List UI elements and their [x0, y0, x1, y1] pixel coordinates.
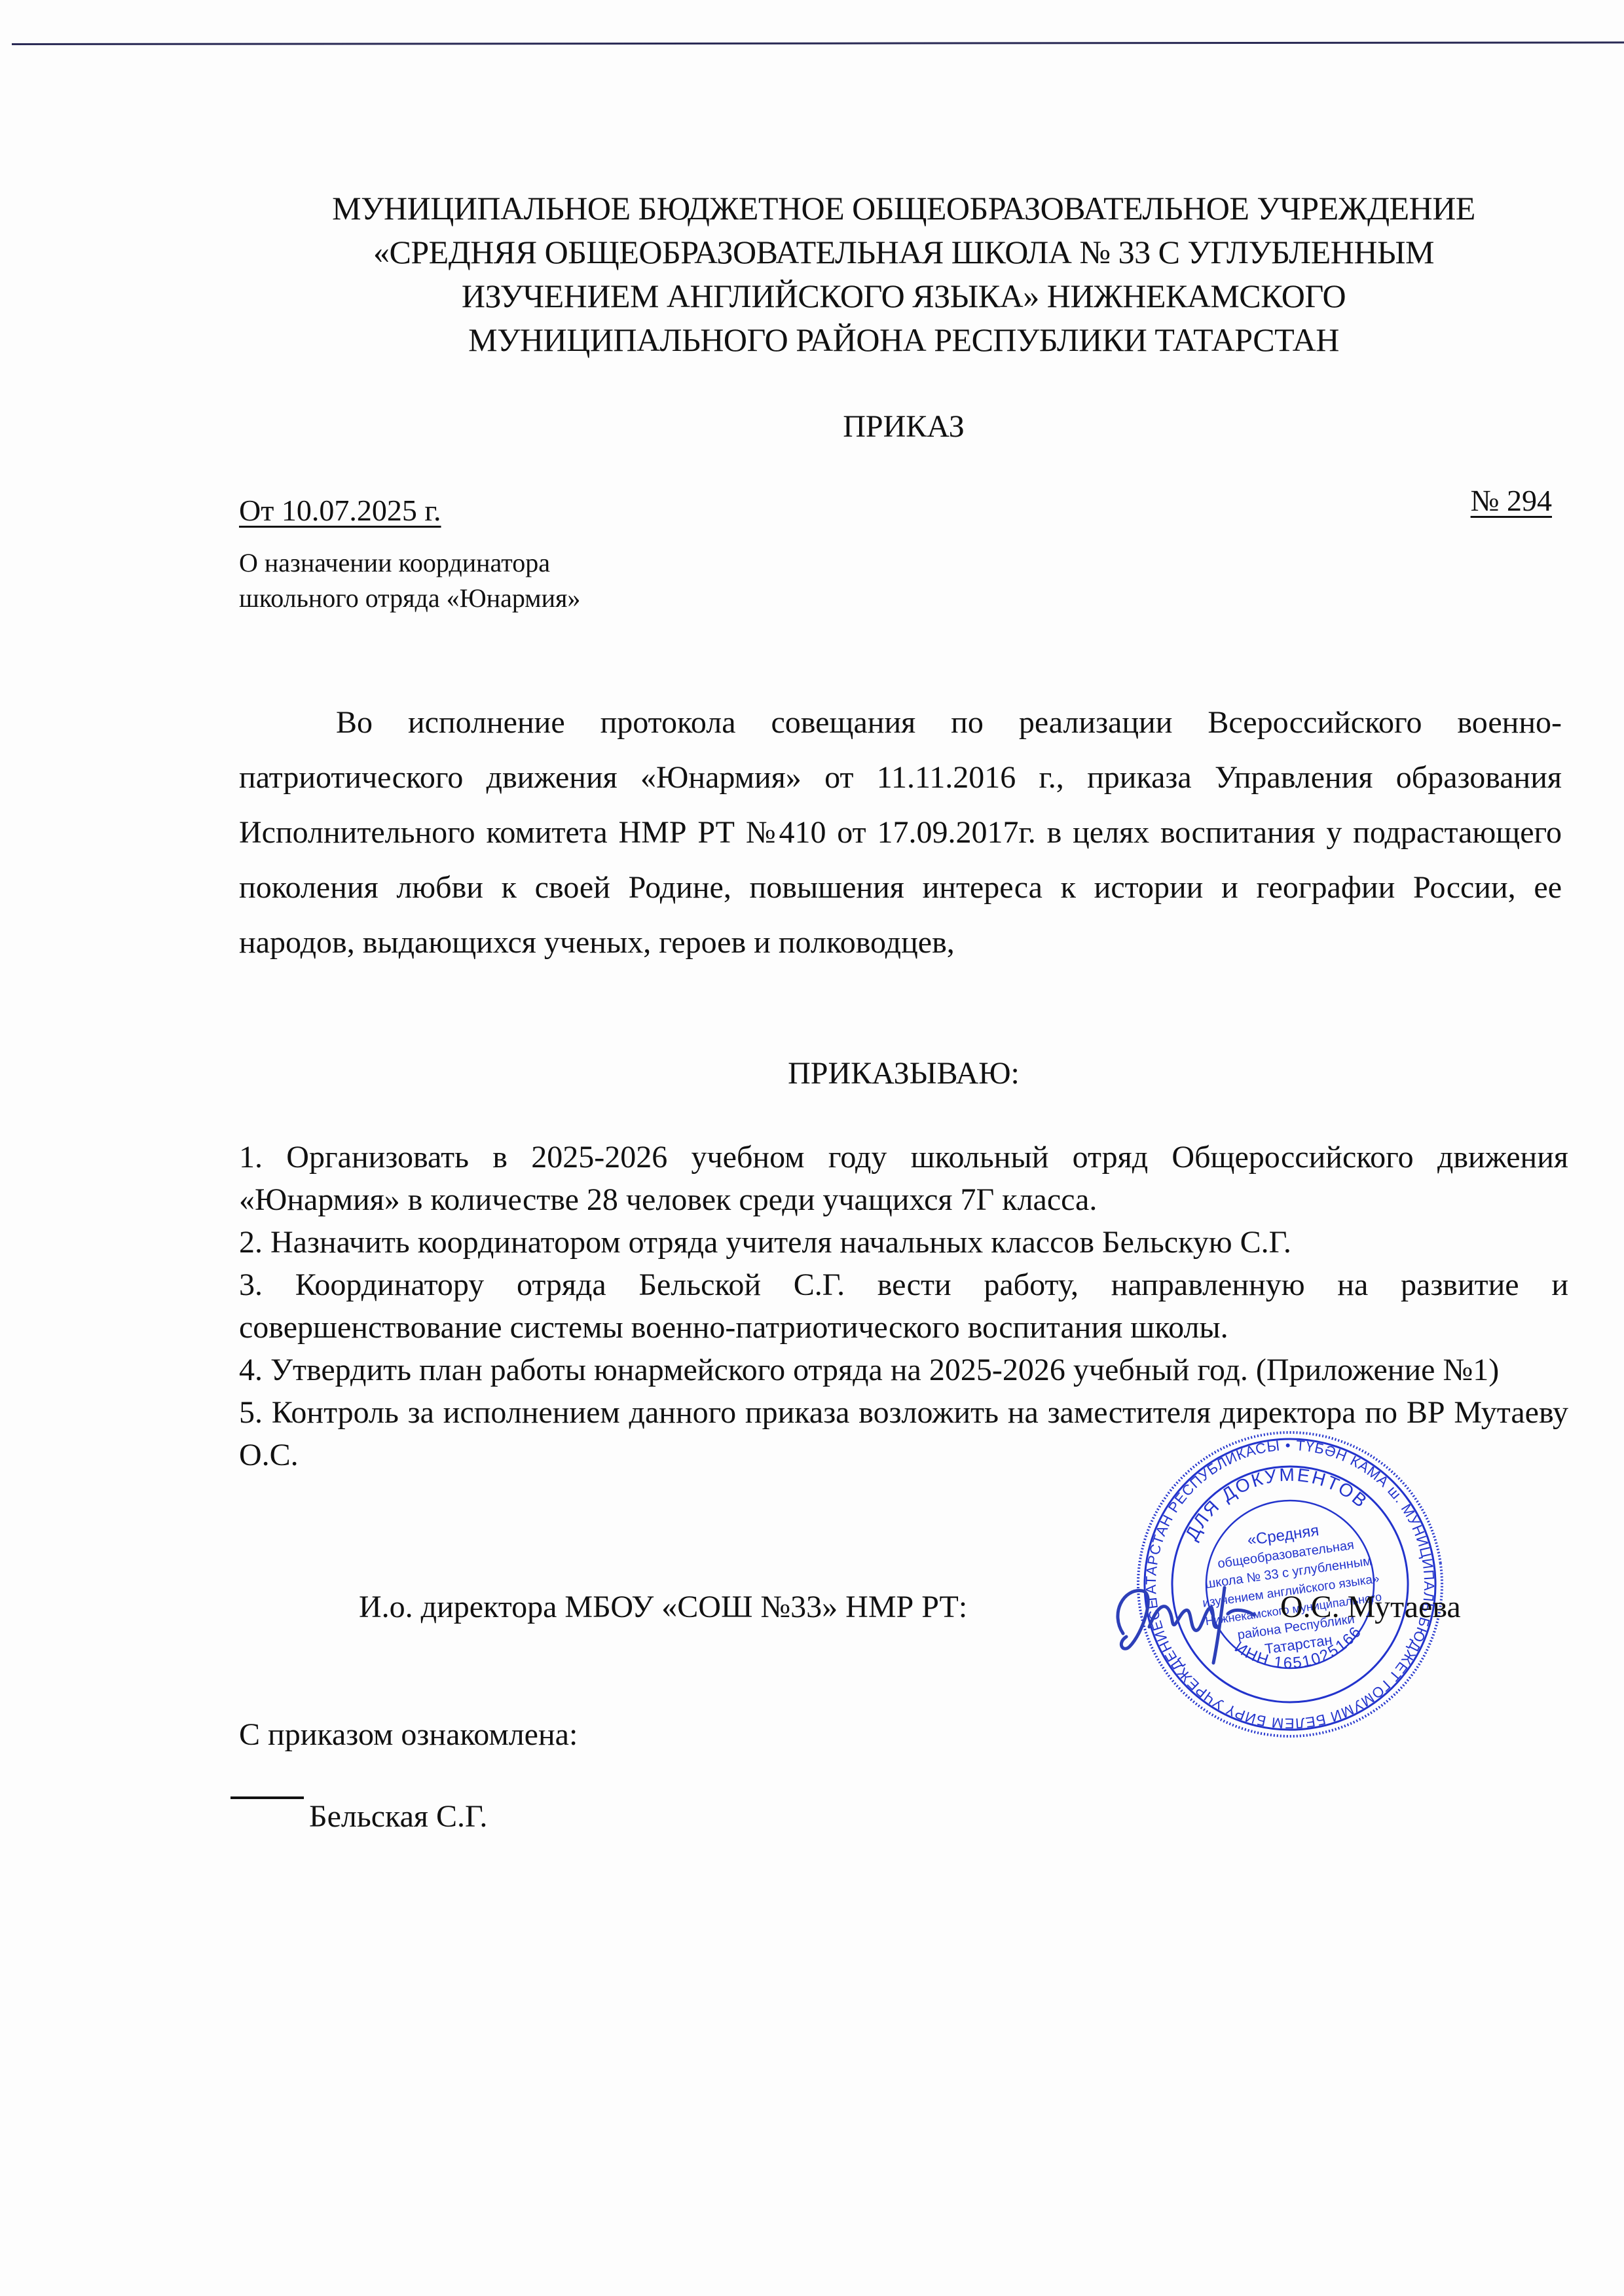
header-line: МУНИЦИПАЛЬНОЕ БЮДЖЕТНОЕ ОБЩЕОБРАЗОВАТЕЛЬ…: [223, 187, 1585, 230]
preamble-paragraph: Во исполнение протокола совещания по реа…: [239, 695, 1562, 970]
header-line: ИЗУЧЕНИЕМ АНГЛИЙСКОГО ЯЗЫКА» НИЖНЕКАМСКО…: [223, 274, 1585, 318]
subject-line: школьного отряда «Юнармия»: [239, 581, 580, 616]
scan-edge-line: [12, 41, 1624, 45]
signatory-name: О.С. Мутаева: [1280, 1588, 1461, 1627]
subject-line: О назначении координатора: [239, 545, 580, 581]
order-item: 2. Назначить координатором отряда учител…: [239, 1221, 1568, 1264]
handwritten-signature-icon: [1103, 1575, 1287, 1666]
order-items-list: 1. Организовать в 2025-2026 учебном году…: [239, 1136, 1568, 1476]
header-line: «СРЕДНЯЯ ОБЩЕОБРАЗОВАТЕЛЬНАЯ ШКОЛА № 33 …: [223, 230, 1585, 274]
svg-text:«Средняя: «Средняя: [1246, 1522, 1320, 1549]
institution-header: МУНИЦИПАЛЬНОЕ БЮДЖЕТНОЕ ОБЩЕОБРАЗОВАТЕЛЬ…: [223, 187, 1585, 362]
order-item: 3. Координатору отряда Бельской С.Г. вес…: [239, 1264, 1568, 1349]
svg-text:общеобразовательная: общеобразовательная: [1217, 1538, 1355, 1571]
svg-text:Татарстан: Татарстан: [1264, 1631, 1333, 1657]
signatory-position: И.о. директора МБОУ «СОШ №33» НМР РТ:: [359, 1588, 967, 1627]
document-type-title: ПРИКАЗ: [223, 407, 1585, 446]
order-date: От 10.07.2025 г.: [239, 492, 441, 529]
order-subject: О назначении координатора школьного отря…: [239, 545, 580, 616]
svg-text:ИНН 1651025166: ИНН 1651025166: [1230, 1621, 1370, 1681]
acknowledgment-label: С приказом ознакомлена:: [239, 1715, 578, 1755]
order-item: 4. Утвердить план работы юнармейского от…: [239, 1349, 1568, 1391]
acknowledgment-name: Бельская С.Г.: [309, 1797, 487, 1836]
svg-text:школа № 33 с углубленным: школа № 33 с углубленным: [1204, 1554, 1373, 1592]
order-item: 1. Организовать в 2025-2026 учебном году…: [239, 1136, 1568, 1221]
order-number: № 294: [1471, 483, 1552, 519]
order-directive-heading: ПРИКАЗЫВАЮ:: [223, 1054, 1585, 1093]
order-item: 5. Контроль за исполнением данного прика…: [239, 1391, 1568, 1476]
header-line: МУНИЦИПАЛЬНОГО РАЙОНА РЕСПУБЛИКИ ТАТАРСТ…: [223, 318, 1585, 362]
document-page: МУНИЦИПАЛЬНОЕ БЮДЖЕТНОЕ ОБЩЕОБРАЗОВАТЕЛЬ…: [0, 0, 1624, 2296]
acknowledgment-signature-line: [231, 1796, 304, 1799]
